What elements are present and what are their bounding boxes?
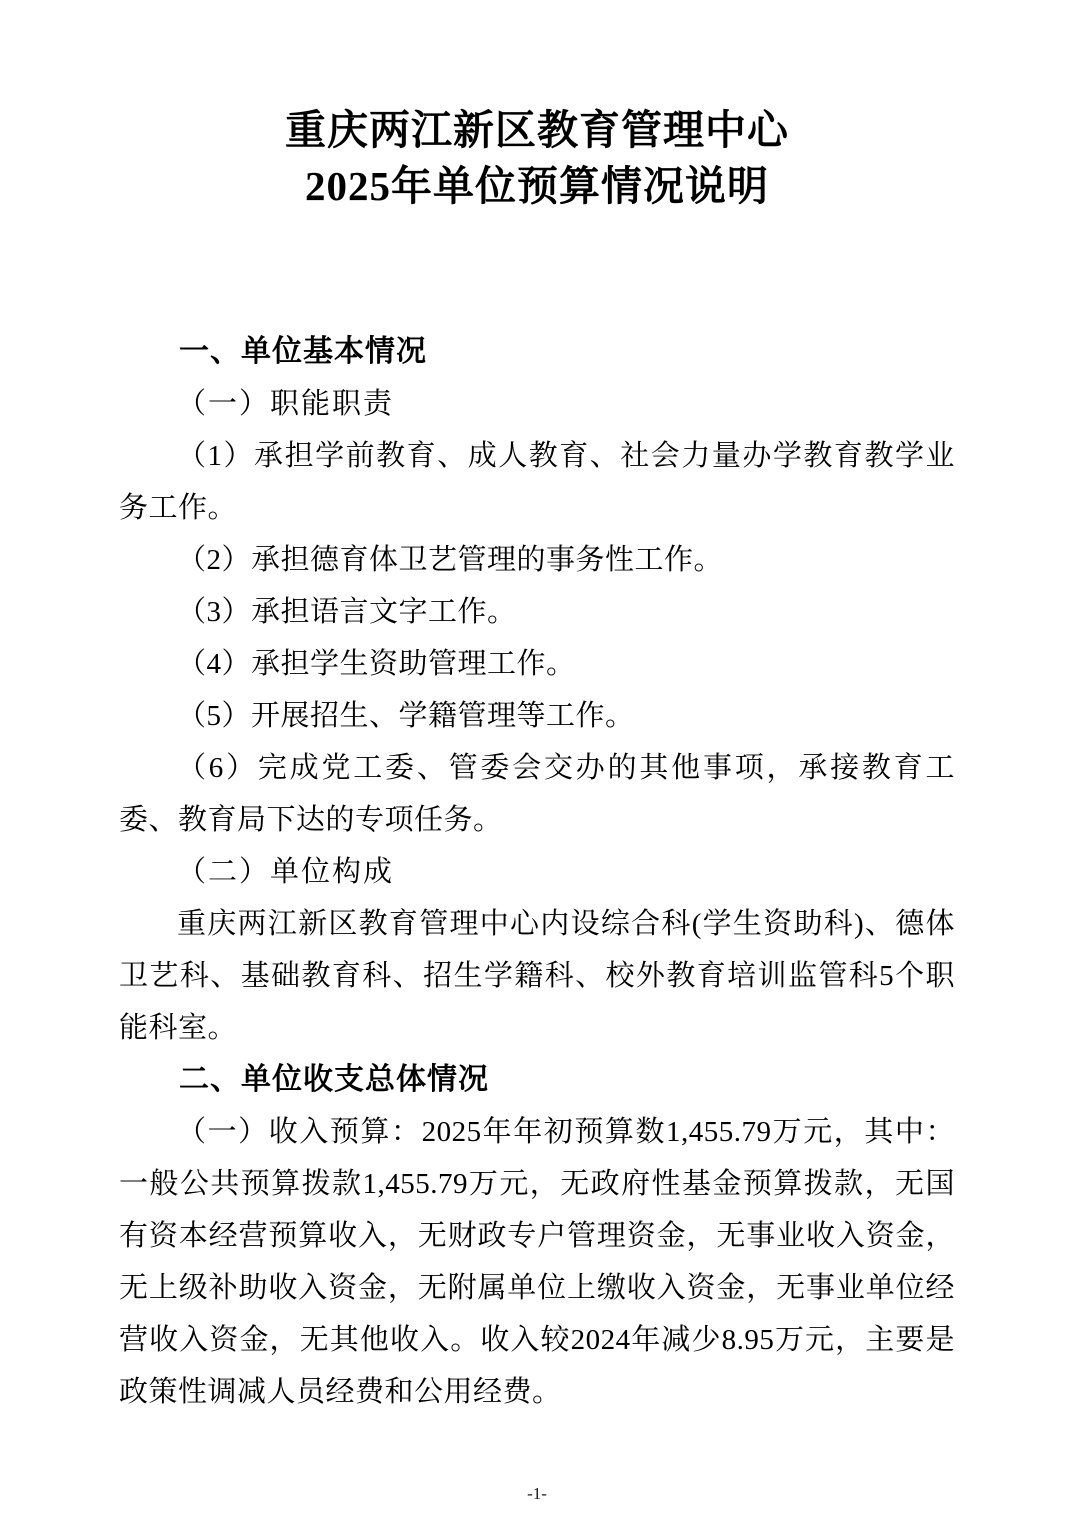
subsection-heading-duties: （一）职能职责 bbox=[119, 378, 955, 430]
paragraph-duty-4: （4）承担学生资助管理工作。 bbox=[119, 638, 955, 690]
paragraph-income-budget: （一）收入预算：2025年年初预算数1,455.79万元，其中：一般公共预算拨款… bbox=[119, 1106, 955, 1418]
section-heading-budget-overview: 二、单位收支总体情况 bbox=[119, 1054, 955, 1106]
paragraph-duty-3: （3）承担语言文字工作。 bbox=[119, 586, 955, 638]
paragraph-duty-6: （6）完成党工委、管委会交办的其他事项，承接教育工委、教育局下达的专项任务。 bbox=[119, 742, 955, 846]
subsection-heading-composition: （二）单位构成 bbox=[119, 846, 955, 898]
document-page: 重庆两江新区教育管理中心 2025年单位预算情况说明 一、单位基本情况 （一）职… bbox=[0, 0, 1074, 1520]
page-number: -1- bbox=[0, 1484, 1074, 1504]
paragraph-duty-1: （1）承担学前教育、成人教育、社会力量办学教育教学业务工作。 bbox=[119, 430, 955, 534]
document-title: 重庆两江新区教育管理中心 2025年单位预算情况说明 bbox=[0, 0, 1074, 214]
section-heading-basic-info: 一、单位基本情况 bbox=[119, 326, 955, 378]
paragraph-duty-2: （2）承担德育体卫艺管理的事务性工作。 bbox=[119, 534, 955, 586]
document-body: 一、单位基本情况 （一）职能职责 （1）承担学前教育、成人教育、社会力量办学教育… bbox=[119, 326, 955, 1418]
paragraph-composition: 重庆两江新区教育管理中心内设综合科(学生资助科)、德体卫艺科、基础教育科、招生学… bbox=[119, 898, 955, 1054]
paragraph-duty-5: （5）开展招生、学籍管理等工作。 bbox=[119, 690, 955, 742]
title-line-1: 重庆两江新区教育管理中心 bbox=[0, 102, 1074, 158]
title-line-2: 2025年单位预算情况说明 bbox=[0, 158, 1074, 214]
